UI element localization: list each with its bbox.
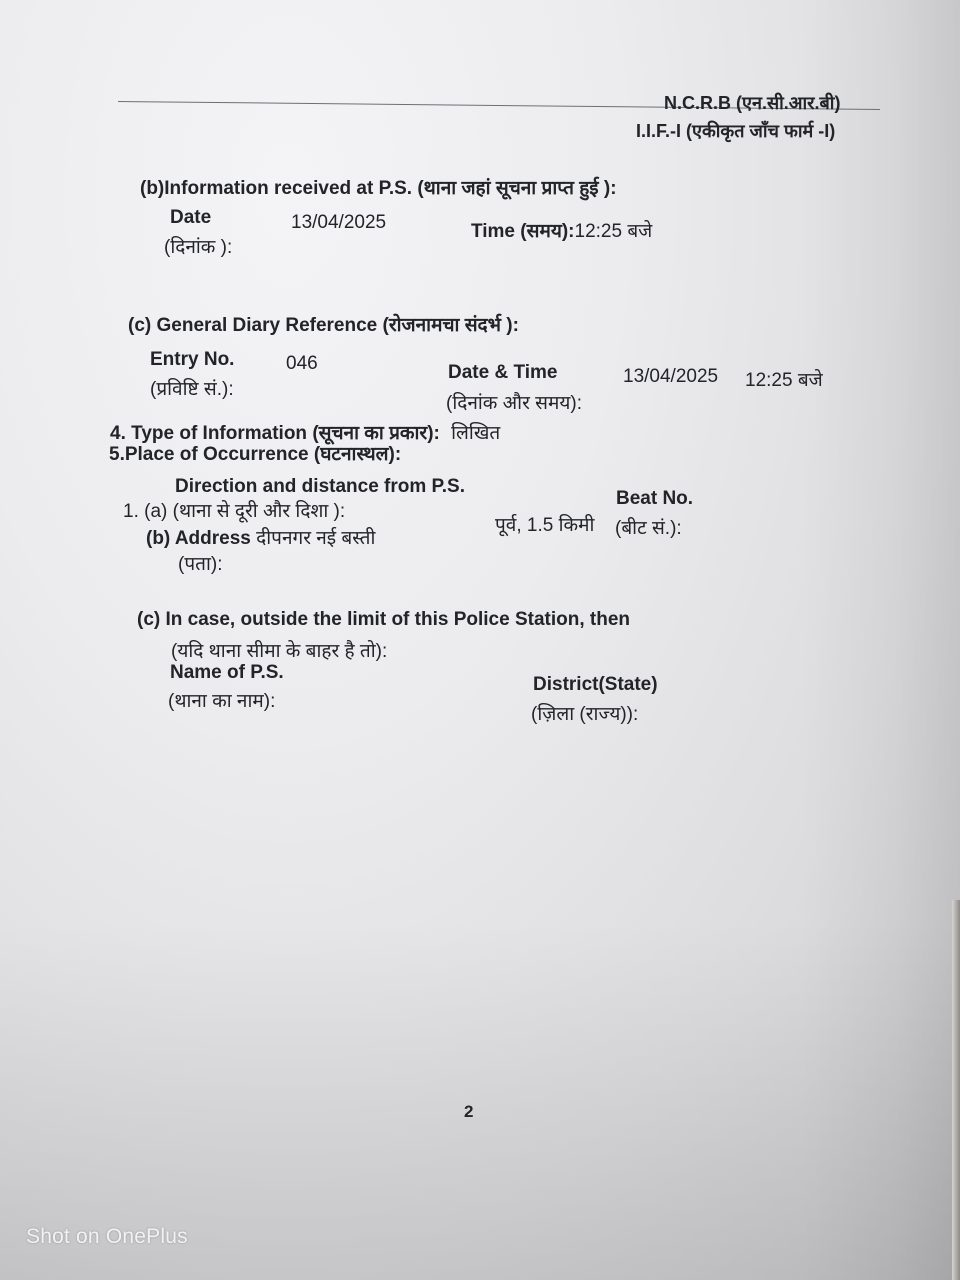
address-label-hindi: (पता): [178,550,222,576]
section-b-title: (b)Information received at P.S. (थाना जह… [140,174,617,200]
beat-label: Beat No. [616,488,693,510]
place-of-occurrence-label: 5.Place of Occurrence (घटनास्थल): [109,440,401,466]
direction-value: पूर्व, 1.5 किमी [495,511,594,537]
entry-value: 046 [286,353,318,375]
time-value: 12:25 बजे [575,221,653,242]
date-label: Date [170,207,211,229]
direction-label-hindi: 1. (a) (थाना से दूरी और दिशा ): [123,497,345,523]
entry-label: Entry No. [150,349,234,371]
beat-label-hindi: (बीट सं.): [615,514,682,540]
datetime-label: Date & Time [448,362,557,384]
time-label: Time (समय): [471,221,575,242]
address-label: (b) Address [146,528,251,549]
ncrb-heading: N.C.R.B (एन.सी.आर.बी) [664,91,840,115]
type-of-information-value: लिखित [451,423,500,444]
camera-watermark: Shot on OnePlus [26,1225,188,1249]
entry-label-hindi: (प्रविष्टि सं.): [150,375,234,401]
page-shadow-right [800,0,960,1280]
district-label: District(State) [533,674,658,696]
page-number: 2 [464,1102,473,1122]
datetime-time: 12:25 बजे [745,366,823,392]
date-value: 13/04/2025 [291,212,386,234]
outside-limit-title-hindi: (यदि थाना सीमा के बाहर है तो): [171,637,387,663]
direction-label: Direction and distance from P.S. [175,476,465,498]
paper-edge [952,900,960,1280]
address-value: दीपनगर नई बस्ती [256,528,375,549]
ps-name-label: Name of P.S. [170,662,284,684]
section-c-title: (c) General Diary Reference (रोजनामचा सं… [128,311,519,337]
outside-limit-title: (c) In case, outside the limit of this P… [137,609,630,631]
datetime-label-hindi: (दिनांक और समय): [446,389,582,415]
district-label-hindi: (ज़िला (राज्य)): [531,700,638,726]
ps-name-label-hindi: (थाना का नाम): [168,687,275,713]
datetime-date: 13/04/2025 [623,366,718,388]
form-heading: I.I.F.-I (एकीकृत जाँच फार्म -I) [636,119,835,143]
date-label-hindi: (दिनांक ): [164,233,232,259]
